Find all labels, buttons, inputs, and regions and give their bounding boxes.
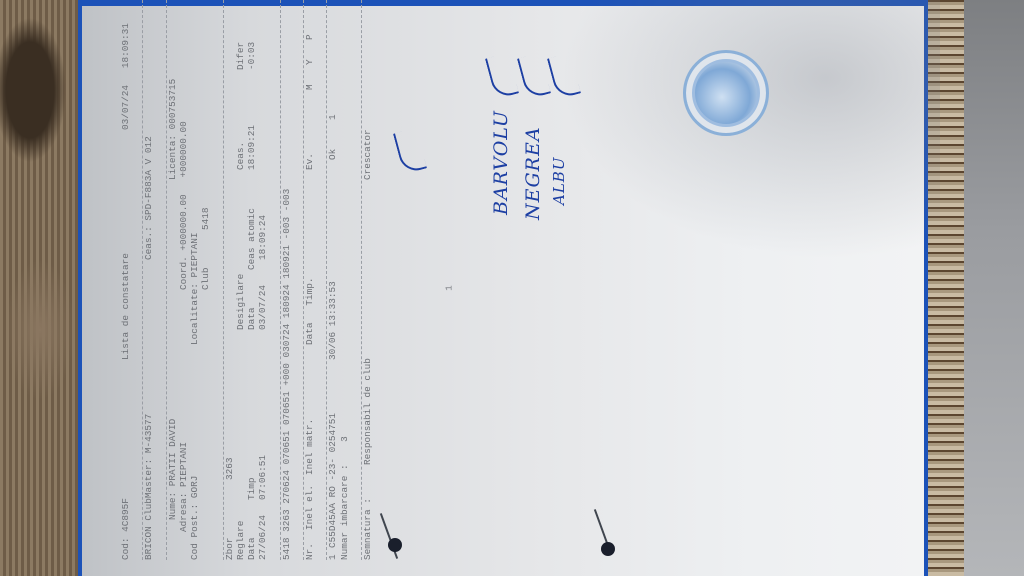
handwritten-name-1: BARVOLU xyxy=(490,110,512,215)
boarding-row: Numar imbarcare : 3 xyxy=(339,0,350,560)
divider xyxy=(315,0,327,560)
signature-row: Semnatura : Responsabil de club Crescato… xyxy=(362,0,373,560)
race-val: 1 xyxy=(327,114,338,120)
zbor-value: 3263 xyxy=(224,457,235,480)
locality-row: Cod Post.: GORJ Localitate: PIEPTANI xyxy=(189,0,200,560)
race-row: 1 C55D45AA RO -23- 0254751 30/06 13:33:5… xyxy=(327,0,338,560)
printed-report: Cod: 4C895F Lista de constatare 03/07/24… xyxy=(120,0,450,560)
col-p: P xyxy=(304,34,315,40)
col-m: M xyxy=(304,84,315,90)
breeder-label: Crescator xyxy=(362,129,373,180)
divider xyxy=(212,0,224,560)
handwritten-name-3: ALBU xyxy=(550,157,568,205)
reglare-date: 27/06/24 xyxy=(257,515,268,560)
col-reglare: Reglare xyxy=(235,521,246,560)
owner-address: Adresa: PIEPTANI xyxy=(178,442,189,532)
page-number: 1 xyxy=(445,285,455,290)
name-row: Nume: PRATII DAVID Licenta: 000753715 xyxy=(167,0,178,560)
race-datetime: 30/06 13:33:53 xyxy=(327,281,338,360)
signature-label: Semnatura : xyxy=(362,498,373,560)
col-data-2: Data xyxy=(246,307,257,330)
address-row: Adresa: PIEPTANI Coord. +000000.00 +0000… xyxy=(178,0,189,560)
col-inel-matr: Inel matr. xyxy=(304,419,315,475)
postal-code: Cod Post.: GORJ xyxy=(189,476,200,560)
race-header-row: Nr. Inel el. Inel matr. Data Timp. Ev. M… xyxy=(304,0,315,560)
difer-value: -0:03 xyxy=(246,42,257,70)
col-y: Y xyxy=(304,59,315,65)
col-difer: Difer xyxy=(235,42,246,70)
col-data-timp: Data Timp. xyxy=(304,277,315,345)
desigilare-date: 03/07/24 xyxy=(257,285,268,330)
col-data: Data xyxy=(246,537,257,560)
carpet-background xyxy=(0,0,90,576)
col-nr: Nr. xyxy=(304,543,315,560)
club-label: Club xyxy=(200,267,211,290)
license-number: Licenta: 000753715 xyxy=(167,79,178,180)
club-row: Club 5418 xyxy=(200,0,211,560)
col-inel: Inel el. xyxy=(304,485,315,530)
race-ev: Ok xyxy=(327,149,338,160)
responsible-label: Responsabil de club xyxy=(362,358,373,465)
owner-name: Nume: PRATII DAVID xyxy=(167,419,178,520)
col-desigilare: Desigilare xyxy=(235,274,246,330)
col-header-row-1: Reglare Desigilare Ceas. Difer xyxy=(235,0,246,560)
divider xyxy=(131,0,143,560)
locality: Localitate: PIEPTANI xyxy=(189,232,200,345)
col-ceas-atomic: Ceas atomic xyxy=(246,208,257,270)
clock-id: Ceas.: SPD-F883A V 012 xyxy=(143,136,154,260)
club-number: 5418 xyxy=(200,207,211,230)
race-ring: C55D45AA RO -23- 0254751 xyxy=(327,413,338,548)
handwritten-name-2: NEGREA xyxy=(522,126,544,220)
tile-floor xyxy=(964,0,1024,576)
col-timp: Timp xyxy=(246,477,257,500)
staple-pin xyxy=(388,538,402,552)
divider xyxy=(155,0,167,560)
paper-shadow xyxy=(560,0,940,260)
summary-line: 5418 3263 270624 070651 070651 +000 0307… xyxy=(281,189,292,560)
document-code: Cod: 4C895F xyxy=(120,498,131,560)
reglare-time: 07:06:51 xyxy=(257,455,268,500)
race-nr: 1 xyxy=(327,554,338,560)
club-stamp xyxy=(683,50,769,136)
col-ev: Ev. xyxy=(304,153,315,170)
document-title: Lista de constatare xyxy=(120,253,131,360)
divider xyxy=(350,0,362,560)
staple-pin xyxy=(601,542,615,556)
divider xyxy=(292,0,304,560)
clubmaster-id: BRICON ClubMaster: M-43577 xyxy=(143,414,154,560)
zbor-row: Zbor 3263 xyxy=(224,0,235,560)
values-row: 27/06/24 07:06:51 03/07/24 18:09:24 xyxy=(257,0,268,560)
divider xyxy=(268,0,280,560)
col-zbor: Zbor xyxy=(224,537,235,560)
atomic-time: 18:09:24 xyxy=(257,215,268,260)
boarding-number: Numar imbarcare : 3 xyxy=(339,436,350,560)
header-row: Cod: 4C895F Lista de constatare 03/07/24… xyxy=(120,0,131,560)
col-ceas: Ceas. xyxy=(235,142,246,170)
coordinates: Coord. +000000.00 +000000.00 xyxy=(178,121,189,290)
clubmaster-row: BRICON ClubMaster: M-43577 Ceas.: SPD-F8… xyxy=(143,0,154,560)
summary-row: 5418 3263 270624 070651 070651 +000 0307… xyxy=(281,0,292,560)
print-datetime: 03/07/24 18:09:31 xyxy=(120,23,131,130)
col-header-row-2: Data Timp Data Ceas atomic 18:09:21 -0:0… xyxy=(246,0,257,560)
ceas-time: 18:09:21 xyxy=(246,125,257,170)
